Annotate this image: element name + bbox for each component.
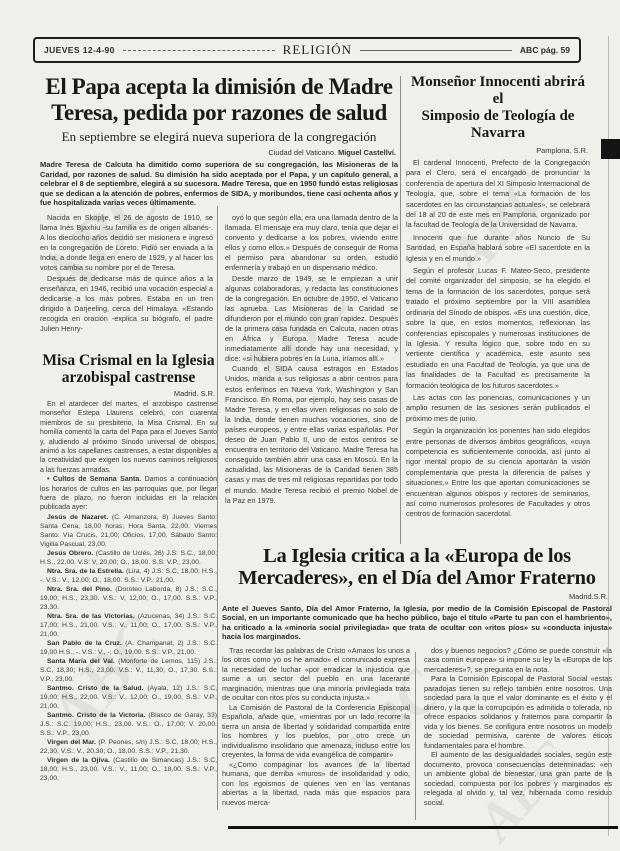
author-name: Miguel Castellví.: [338, 148, 396, 157]
fraterno-lead-paragraph: Ante el Jueves Santo, Día del Amor Frate…: [222, 604, 612, 642]
header-date: JUEVES 12-4-90: [44, 45, 115, 55]
fraterno-column-2: dos y buenos negocios? ¿Cómo se puede co…: [424, 646, 612, 808]
dateline: Ciudad del Vaticano.: [268, 148, 336, 157]
parish-entry: Virgen de la Ojiva. (Castillo de Simanca…: [40, 756, 217, 783]
paragraph: Las actas con las ponencias, comunicacio…: [406, 393, 590, 424]
column-rule: [415, 652, 416, 820]
parish-name: Santmo. Cristo de la Victoria.: [47, 712, 145, 719]
article-misa-crismal: Misa Crismal en la Iglesia arzobispal ca…: [40, 352, 217, 783]
fraterno-headline: La Iglesia critica a la «Europa de los M…: [222, 545, 612, 589]
fraterno-byline: Madrid.S.R.: [222, 592, 608, 601]
cultos-intro: • Cultos de Semana Santa. Damos a contin…: [40, 475, 217, 513]
main-headline-line1: El Papa acepta la dimisión de Madre: [40, 74, 398, 100]
scan-ink-artifact: [601, 139, 620, 159]
section-title: RELIGIÓN: [283, 42, 352, 58]
paragraph: Innocenti que fue durante años Nuncio de…: [406, 233, 590, 264]
parish-entry: Ntra. Sra. del Pino. (Doroteo Laborda, 8…: [40, 585, 217, 612]
parish-entry: Jesús Obrero. (Castillo de Uclés, 26) J.…: [40, 549, 217, 567]
page-number: ABC pág. 59: [520, 45, 570, 55]
parish-entry: Santmo. Cristo de la Salud. (Ayala, 12) …: [40, 684, 217, 711]
paragraph: Tras recordar las palabras de Cristo «Am…: [222, 646, 410, 703]
parish-name: San Pablo de la Cruz.: [47, 640, 122, 647]
innocenti-headline: Monseñor Innocenti abrirá el Simposio de…: [406, 74, 590, 142]
paragraph: Según la organización los ponentes han s…: [406, 426, 590, 520]
parish-entry: Ntra. Sra. de las Victorias. (Azucenas, …: [40, 612, 217, 639]
innocenti-headline-line2: Simposio de Teología de Navarra: [406, 108, 590, 142]
paragraph: El cardenal Innocenti, Prefecto de la Co…: [406, 158, 590, 231]
fraterno-headline-line2: Mercaderes», en el Día del Amor Fraterno: [222, 567, 612, 589]
cultos-label: • Cultos de Semana Santa.: [47, 476, 141, 483]
parish-name: Santa María del Val.: [47, 658, 115, 665]
paragraph: La Comisión de Pastoral de la Conferenci…: [222, 703, 410, 760]
fraterno-headline-line1: La Iglesia critica a la «Europa de los: [222, 545, 612, 567]
innocenti-headline-line1: Monseñor Innocenti abrirá el: [406, 74, 590, 108]
parish-name: Ntra. Sra. del Pino.: [47, 586, 112, 593]
paragraph: oyó lo que según ella, era una llamada d…: [225, 213, 398, 274]
paragraph: El aumento de las desigualdades sociales…: [424, 750, 612, 807]
parish-entry: Santmo. Cristo de la Victoria. (Blasco d…: [40, 711, 217, 738]
main-headline-line2: Teresa, pedida por razones de salud: [40, 100, 398, 126]
paragraph: Para la Comisión Episcopal de Pastoral S…: [424, 674, 612, 750]
column-rule: [400, 76, 401, 544]
parish-name: Ntra. Sra. de la Estrella.: [47, 568, 124, 575]
parish-entry: Ntra. Sra. de la Estrella. (Lira, 4) J.S…: [40, 567, 217, 585]
main-article-column-2: oyó lo que según ella, era una llamada d…: [225, 213, 398, 506]
parish-name: Virgen de la Ojiva.: [47, 757, 110, 764]
parish-entry: San Pablo de la Cruz. (A. Champanat, 2) …: [40, 639, 217, 657]
misa-headline-line2: arzobispal castrense: [40, 369, 217, 386]
parish-name: Ntra. Sra. de las Victorias.: [47, 613, 135, 620]
paragraph: «¿Como compaginar los avances de la libe…: [222, 760, 410, 808]
paragraph: dos y buenos negocios? ¿Cómo se puede co…: [424, 646, 612, 675]
header-divider-line: [360, 50, 512, 51]
misa-headline-line1: Misa Crismal en la Iglesia: [40, 352, 217, 369]
paragraph: Cuando el SIDA causa estragos en Estados…: [225, 364, 398, 505]
article-amor-fraterno: La Iglesia critica a la «Europa de los M…: [222, 545, 612, 807]
article-innocenti: Monseñor Innocenti abrirá el Simposio de…: [406, 74, 590, 520]
newspaper-page: ABC ABC ABC ABC ABC ABC JUEVES 12-4-90 R…: [0, 0, 620, 851]
paragraph: Nacida en Skoplje, el 26 de agosto de 19…: [40, 213, 213, 274]
bottom-rule: [228, 826, 618, 829]
parish-name: Jesús de Nazaret.: [47, 514, 108, 521]
misa-headline: Misa Crismal en la Iglesia arzobispal ca…: [40, 352, 217, 386]
header-divider-line: [123, 50, 275, 51]
main-byline: Ciudad del Vaticano. Miguel Castellví.: [40, 148, 396, 157]
main-lead-paragraph: Madre Teresa de Calcuta ha dimitido como…: [40, 160, 398, 208]
innocenti-byline: Pamplona. S.R.: [406, 146, 588, 155]
column-rule: [217, 206, 218, 810]
paragraph: Después de dedicarse más de quince años …: [40, 274, 213, 335]
paragraph: Desde marzo de 1949, se le empiezan a un…: [225, 274, 398, 365]
main-subhead: En septiembre se elegirá nueva superiora…: [40, 129, 398, 144]
misa-byline: Madrid. S.R.: [40, 389, 215, 398]
parish-name: Jesús Obrero.: [47, 550, 93, 557]
paragraph: En el atardecer del martes, el arzobispo…: [40, 400, 217, 475]
parish-name: Virgen del Mar.: [47, 739, 96, 746]
main-headline: El Papa acepta la dimisión de Madre Tere…: [40, 74, 398, 126]
fraterno-column-1: Tras recordar las palabras de Cristo «Am…: [222, 646, 410, 808]
parish-entry: Jesús de Nazaret. (C. Almanzora, 8) Juev…: [40, 513, 217, 549]
parish-entry: Santa María del Val. (Monforte de Lemos,…: [40, 657, 217, 684]
page-header: JUEVES 12-4-90 RELIGIÓN ABC pág. 59: [33, 37, 581, 63]
fraterno-columns: Tras recordar las palabras de Cristo «Am…: [222, 646, 612, 808]
paragraph: Según el profesor Lucas F. Mateo-Seco, p…: [406, 266, 590, 391]
parish-entry: Virgen del Mar. (P. Peones, s/n) J.S.: S…: [40, 738, 217, 756]
parish-name: Santmo. Cristo de la Salud.: [47, 685, 143, 692]
